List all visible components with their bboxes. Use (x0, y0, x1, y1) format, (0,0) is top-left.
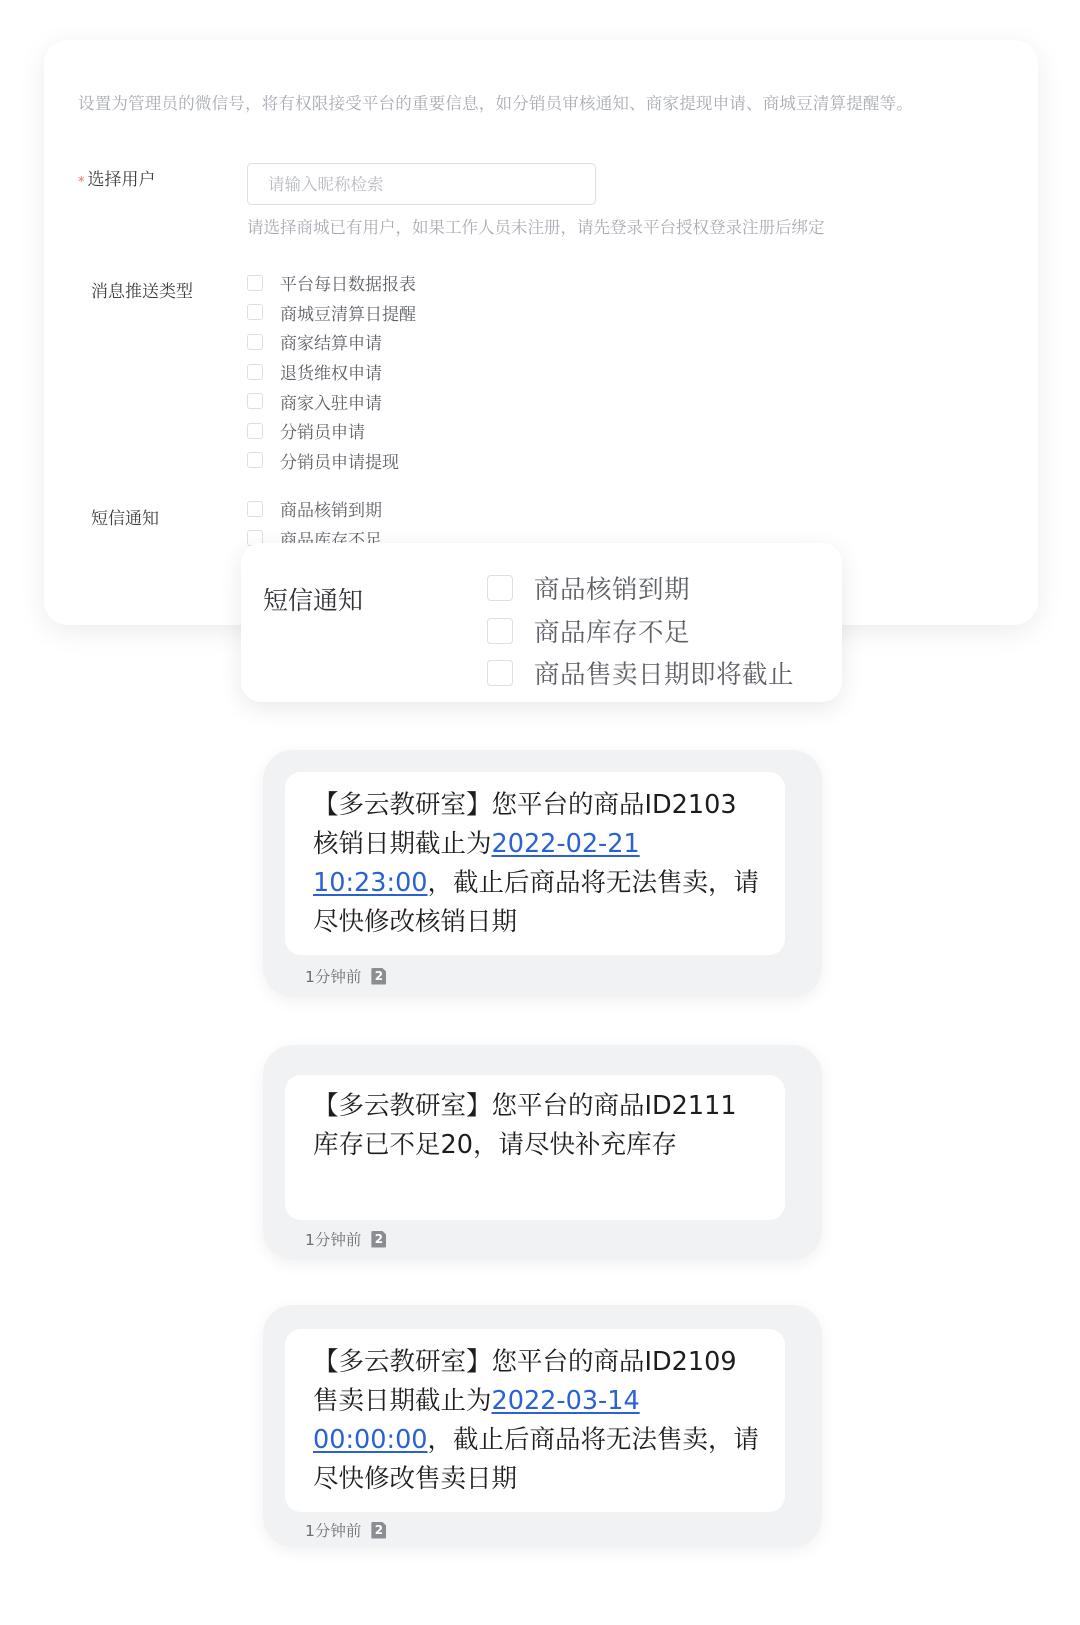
sms-option[interactable]: 商品库存不足 (487, 610, 794, 653)
checkbox-label: 分销员申请 (280, 418, 365, 443)
sms-meta: 1分钟前 2 (305, 965, 386, 987)
checkbox[interactable] (247, 275, 263, 291)
checkbox[interactable] (487, 618, 513, 644)
select-user-label-text: 选择用户 (88, 170, 156, 190)
checkbox[interactable] (247, 501, 263, 517)
checkbox-label: 商品核销到期 (280, 496, 382, 521)
sms-option-list: 商品核销到期 商品库存不足 商品售卖日期即将截止 (487, 567, 794, 695)
checkbox[interactable] (247, 452, 263, 468)
sms-meta: 1分钟前 2 (305, 1228, 386, 1250)
sms-message-card: 【多云教研室】您平台的商品ID2103核销日期截止为2022-02-21 10:… (263, 750, 822, 997)
sms-message-card: 【多云教研室】您平台的商品ID2111库存已不足20，请尽快补充库存 1分钟前 … (263, 1045, 822, 1260)
checkbox-label: 商家入驻申请 (280, 389, 382, 414)
sms-bubble: 【多云教研室】您平台的商品ID2111库存已不足20，请尽快补充库存 (285, 1075, 785, 1220)
sms-text: 【多云教研室】您平台的商品ID2111库存已不足20，请尽快补充库存 (313, 1091, 737, 1160)
push-type-option[interactable]: 退货维权申请 (247, 357, 416, 387)
sms-notification-label: 短信通知 (263, 581, 363, 617)
sms-body: 【多云教研室】您平台的商品ID2111库存已不足20，请尽快补充库存 (313, 1087, 761, 1165)
checkbox[interactable] (487, 575, 513, 601)
sms-time: 1分钟前 (305, 1228, 361, 1250)
push-type-option[interactable]: 分销员申请 (247, 416, 416, 446)
push-type-option[interactable]: 商家结算申请 (247, 327, 416, 357)
sms-option[interactable]: 商品售卖日期即将截止 (487, 652, 794, 695)
checkbox[interactable] (247, 393, 263, 409)
sms-body: 【多云教研室】您平台的商品ID2103核销日期截止为2022-02-21 10:… (313, 786, 761, 942)
sms-option[interactable]: 商品核销到期 (247, 494, 382, 524)
select-user-help-text: 请选择商城已有用户，如果工作人员未注册，请先登录平台授权登录注册后绑定 (247, 214, 825, 238)
checkbox-label: 商品售卖日期即将截止 (534, 655, 794, 691)
push-type-option[interactable]: 商家入驻申请 (247, 386, 416, 416)
select-user-label: *选择用户 (78, 165, 156, 190)
checkbox[interactable] (247, 334, 263, 350)
sms-bubble: 【多云教研室】您平台的商品ID2103核销日期截止为2022-02-21 10:… (285, 772, 785, 955)
sms-time: 1分钟前 (305, 1519, 361, 1541)
push-type-option[interactable]: 商城豆清算日提醒 (247, 298, 416, 328)
checkbox-label: 商品核销到期 (534, 570, 690, 606)
sms-notification-zoom-card: 短信通知 商品核销到期 商品库存不足 商品售卖日期即将截止 (241, 543, 842, 702)
checkbox[interactable] (487, 660, 513, 686)
push-type-checkbox-group: 平台每日数据报表 商城豆清算日提醒 商家结算申请 退货维权申请 商家入驻申请 分… (247, 268, 416, 475)
sms-time: 1分钟前 (305, 965, 361, 987)
sim-card-icon: 2 (371, 1231, 386, 1248)
sms-notification-label: 短信通知 (91, 504, 159, 529)
sms-meta: 1分钟前 2 (305, 1519, 386, 1541)
checkbox[interactable] (247, 423, 263, 439)
push-type-option[interactable]: 平台每日数据报表 (247, 268, 416, 298)
push-type-label: 消息推送类型 (91, 277, 193, 302)
checkbox[interactable] (247, 364, 263, 380)
admin-notification-settings-card: 设置为管理员的微信号，将有权限接受平台的重要信息，如分销员审核通知、商家提现申请… (44, 40, 1038, 625)
settings-description: 设置为管理员的微信号，将有权限接受平台的重要信息，如分销员审核通知、商家提现申请… (78, 90, 913, 114)
sms-bubble: 【多云教研室】您平台的商品ID2109售卖日期截止为2022-03-14 00:… (285, 1329, 785, 1512)
checkbox-label: 商品库存不足 (534, 613, 690, 649)
checkbox-label: 退货维权申请 (280, 359, 382, 384)
checkbox-label: 分销员申请提现 (280, 448, 399, 473)
sim-card-icon: 2 (371, 1522, 386, 1539)
checkbox-label: 商家结算申请 (280, 329, 382, 354)
checkbox-label: 商城豆清算日提醒 (280, 300, 416, 325)
checkbox-label: 平台每日数据报表 (280, 270, 416, 295)
user-nickname-search-input[interactable] (247, 163, 596, 205)
push-type-option[interactable]: 分销员申请提现 (247, 446, 416, 476)
sms-message-card: 【多云教研室】您平台的商品ID2109售卖日期截止为2022-03-14 00:… (263, 1305, 822, 1547)
checkbox[interactable] (247, 304, 263, 320)
required-star-icon: * (78, 175, 85, 190)
sms-body: 【多云教研室】您平台的商品ID2109售卖日期截止为2022-03-14 00:… (313, 1343, 761, 1499)
sim-card-icon: 2 (371, 968, 386, 985)
sms-option[interactable]: 商品核销到期 (487, 567, 794, 610)
